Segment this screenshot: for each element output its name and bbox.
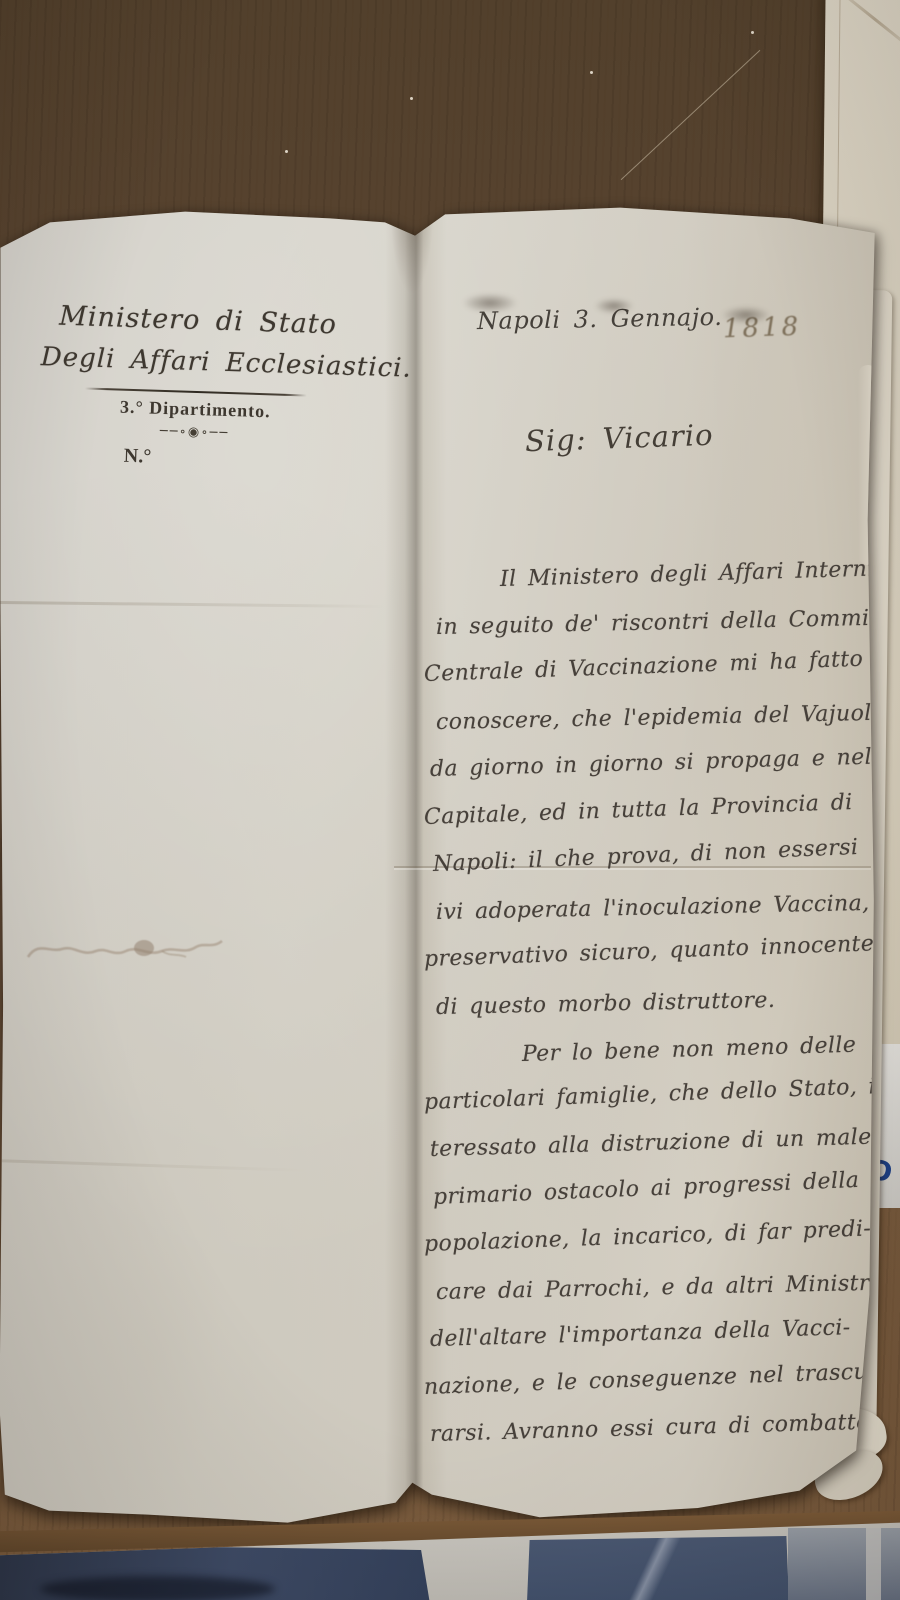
floor-right-area — [788, 1528, 900, 1600]
crease-line — [0, 1159, 367, 1174]
wall-strip — [866, 1528, 881, 1600]
ministry-line-2: Degli Affari Ecclesiastici. — [40, 342, 353, 382]
dust-speck — [285, 150, 288, 153]
ink-smudge — [721, 306, 771, 324]
photo-of-historical-letter: O Ministero di Stato Degli Affari Eccles… — [0, 0, 900, 1600]
letterhead-rule — [85, 388, 307, 397]
ornament-divider: ──∘◉∘── — [38, 420, 350, 445]
crease-line — [0, 601, 385, 608]
under-table-shadow — [40, 1576, 275, 1600]
ink-smudge — [462, 293, 518, 313]
dust-fiber — [621, 50, 761, 180]
letter-document: Ministero di Stato Degli Affari Ecclesia… — [0, 205, 880, 1540]
faint-ink-annotation — [22, 917, 232, 979]
dust-speck — [410, 97, 413, 100]
letter-paper: Ministero di Stato Degli Affari Ecclesia… — [0, 205, 880, 1540]
printed-letterhead: Ministero di Stato Degli Affari Ecclesia… — [37, 300, 354, 475]
fold-shadow — [390, 205, 434, 295]
dust-speck — [751, 31, 754, 34]
salutation: Sig: Vicario — [524, 418, 714, 459]
letter-body: Il Ministero degli Affari Interni, in se… — [400, 556, 870, 1459]
reference-number-label: N.° — [37, 442, 350, 475]
dust-speck — [590, 71, 593, 74]
right-trouser-leg — [527, 1536, 789, 1600]
ministry-line-1: Ministero di Stato — [42, 300, 355, 341]
department-line: 3.° Dipartimento. — [39, 394, 352, 425]
ink-smudge — [594, 298, 634, 314]
letter-line: Il Ministero degli Affari Interni, — [499, 546, 870, 604]
